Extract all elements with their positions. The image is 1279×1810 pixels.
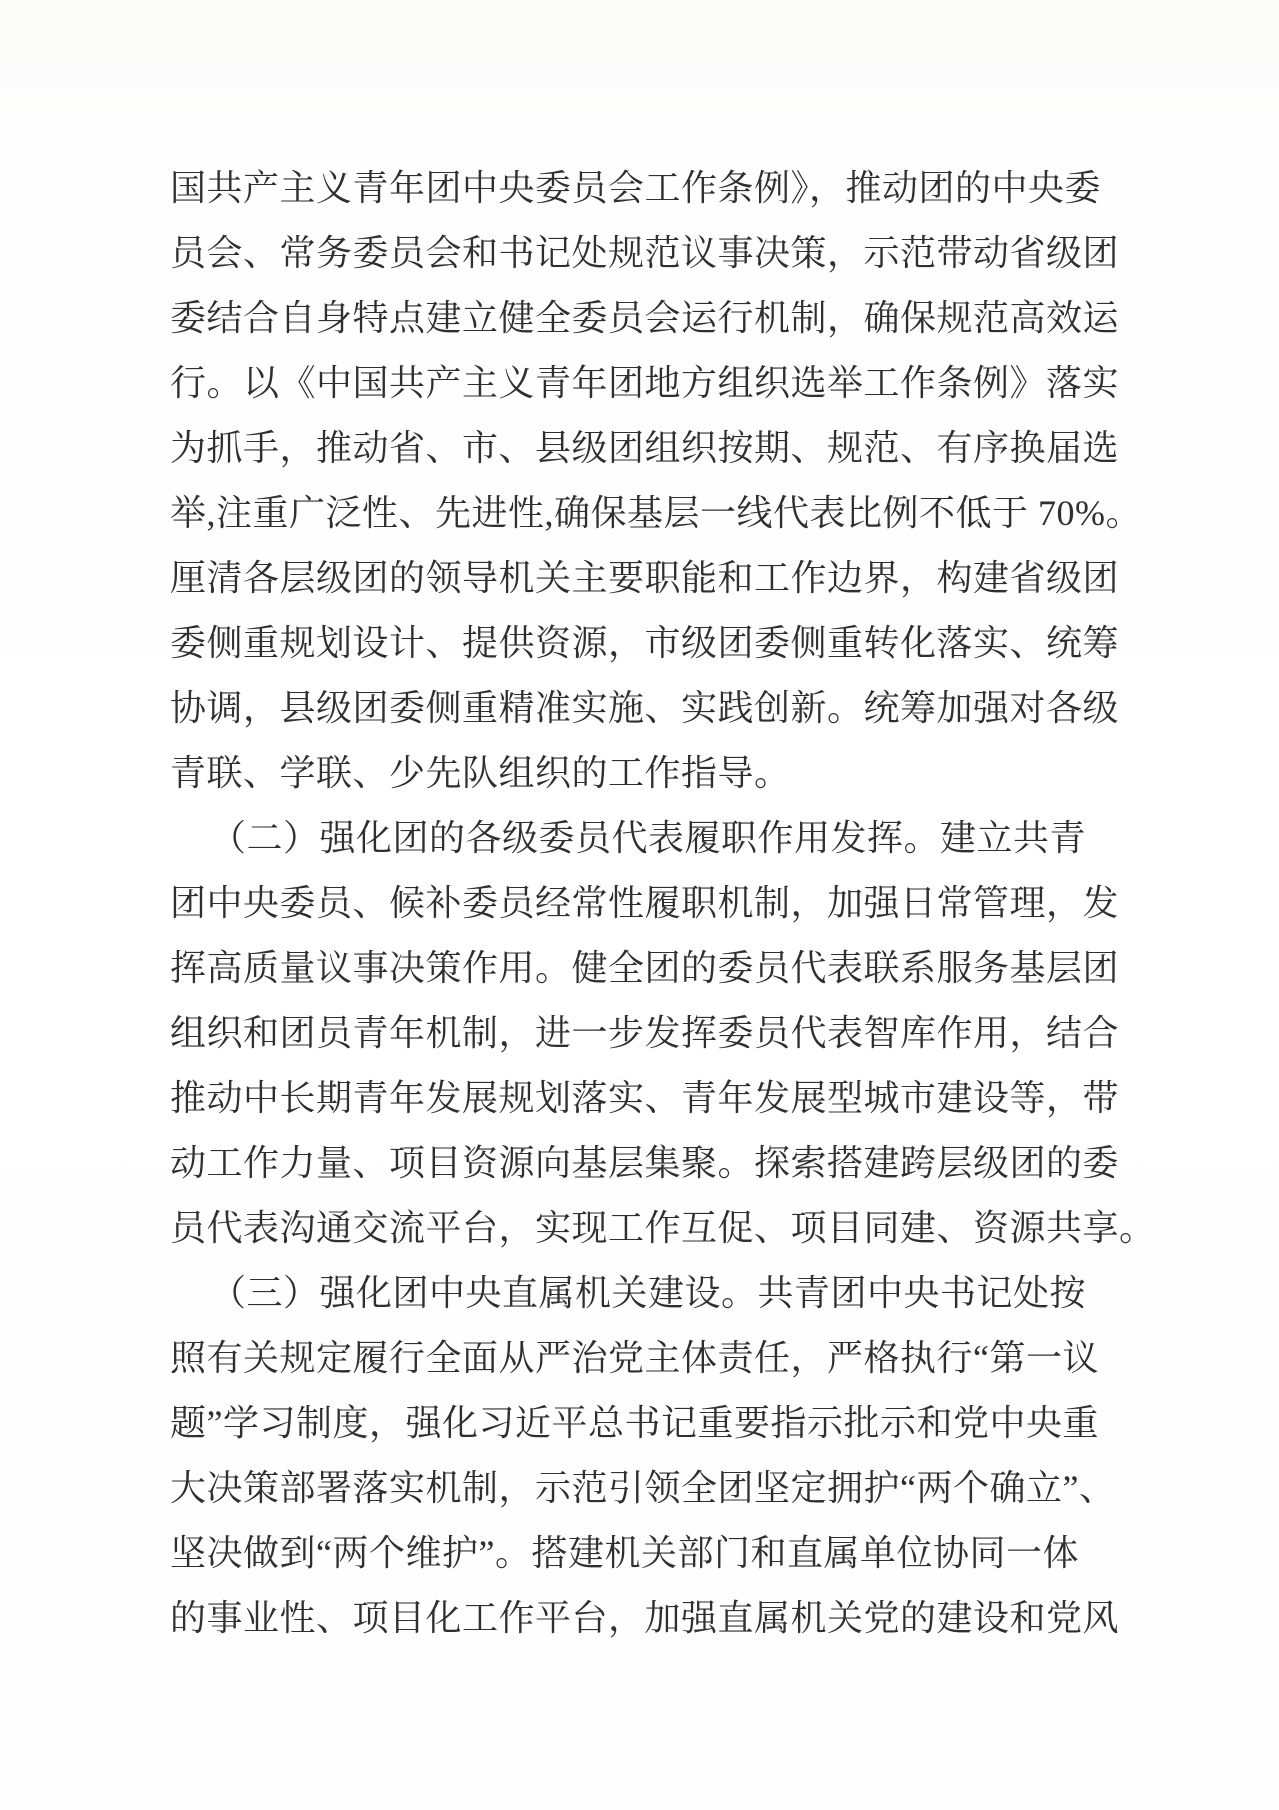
text-line: 员会、常务委员会和书记处规范议事决策，示范带动省级团 bbox=[170, 221, 1122, 286]
text-line: 委结合自身特点建立健全委员会运行机制，确保规范高效运 bbox=[170, 286, 1122, 351]
paragraph: （三）强化团中央直属机关建设。共青团中央书记处按照有关规定履行全面从严治党主体责… bbox=[170, 1261, 1122, 1651]
text-line: 为抓手，推动省、市、县级团组织按期、规范、有序换届选 bbox=[170, 416, 1122, 481]
text-line: 组织和团员青年机制，进一步发挥委员代表智库作用，结合 bbox=[170, 1001, 1122, 1066]
text-line: 协调，县级团委侧重精准实施、实践创新。统筹加强对各级 bbox=[170, 676, 1122, 741]
text-line: 举,注重广泛性、先进性,确保基层一线代表比例不低于 70%。 bbox=[170, 481, 1122, 546]
text-line: （二）强化团的各级委员代表履职作用发挥。建立共青 bbox=[170, 806, 1122, 871]
text-line: 厘清各层级团的领导机关主要职能和工作边界，构建省级团 bbox=[170, 546, 1122, 611]
text-line: 推动中长期青年发展规划落实、青年发展型城市建设等，带 bbox=[170, 1066, 1122, 1131]
text-line: 挥高质量议事决策作用。健全团的委员代表联系服务基层团 bbox=[170, 936, 1122, 1001]
document-body-text: 国共产主义青年团中央委员会工作条例》，推动团的中央委员会、常务委员会和书记处规范… bbox=[170, 156, 1122, 1651]
text-line: 青联、学联、少先队组织的工作指导。 bbox=[170, 741, 1122, 806]
text-line: 员代表沟通交流平台，实现工作互促、项目同建、资源共享。 bbox=[170, 1196, 1122, 1261]
text-line: 题”学习制度，强化习近平总书记重要指示批示和党中央重 bbox=[170, 1391, 1122, 1456]
text-line: 的事业性、项目化工作平台，加强直属机关党的建设和党风 bbox=[170, 1586, 1122, 1651]
text-line: 委侧重规划设计、提供资源，市级团委侧重转化落实、统筹 bbox=[170, 611, 1122, 676]
document-page: 国共产主义青年团中央委员会工作条例》，推动团的中央委员会、常务委员会和书记处规范… bbox=[0, 0, 1279, 1810]
text-line: 动工作力量、项目资源向基层集聚。探索搭建跨层级团的委 bbox=[170, 1131, 1122, 1196]
paragraph: （二）强化团的各级委员代表履职作用发挥。建立共青团中央委员、候补委员经常性履职机… bbox=[170, 806, 1122, 1261]
text-line: 坚决做到“两个维护”。搭建机关部门和直属单位协同一体 bbox=[170, 1521, 1122, 1586]
text-line: 行。以《中国共产主义青年团地方组织选举工作条例》落实 bbox=[170, 351, 1122, 416]
text-line: 大决策部署落实机制，示范引领全团坚定拥护“两个确立”、 bbox=[170, 1456, 1122, 1521]
text-line: （三）强化团中央直属机关建设。共青团中央书记处按 bbox=[170, 1261, 1122, 1326]
text-line: 照有关规定履行全面从严治党主体责任，严格执行“第一议 bbox=[170, 1326, 1122, 1391]
text-line: 团中央委员、候补委员经常性履职机制，加强日常管理，发 bbox=[170, 871, 1122, 936]
text-line: 国共产主义青年团中央委员会工作条例》，推动团的中央委 bbox=[170, 156, 1122, 221]
paragraph: 国共产主义青年团中央委员会工作条例》，推动团的中央委员会、常务委员会和书记处规范… bbox=[170, 156, 1122, 806]
